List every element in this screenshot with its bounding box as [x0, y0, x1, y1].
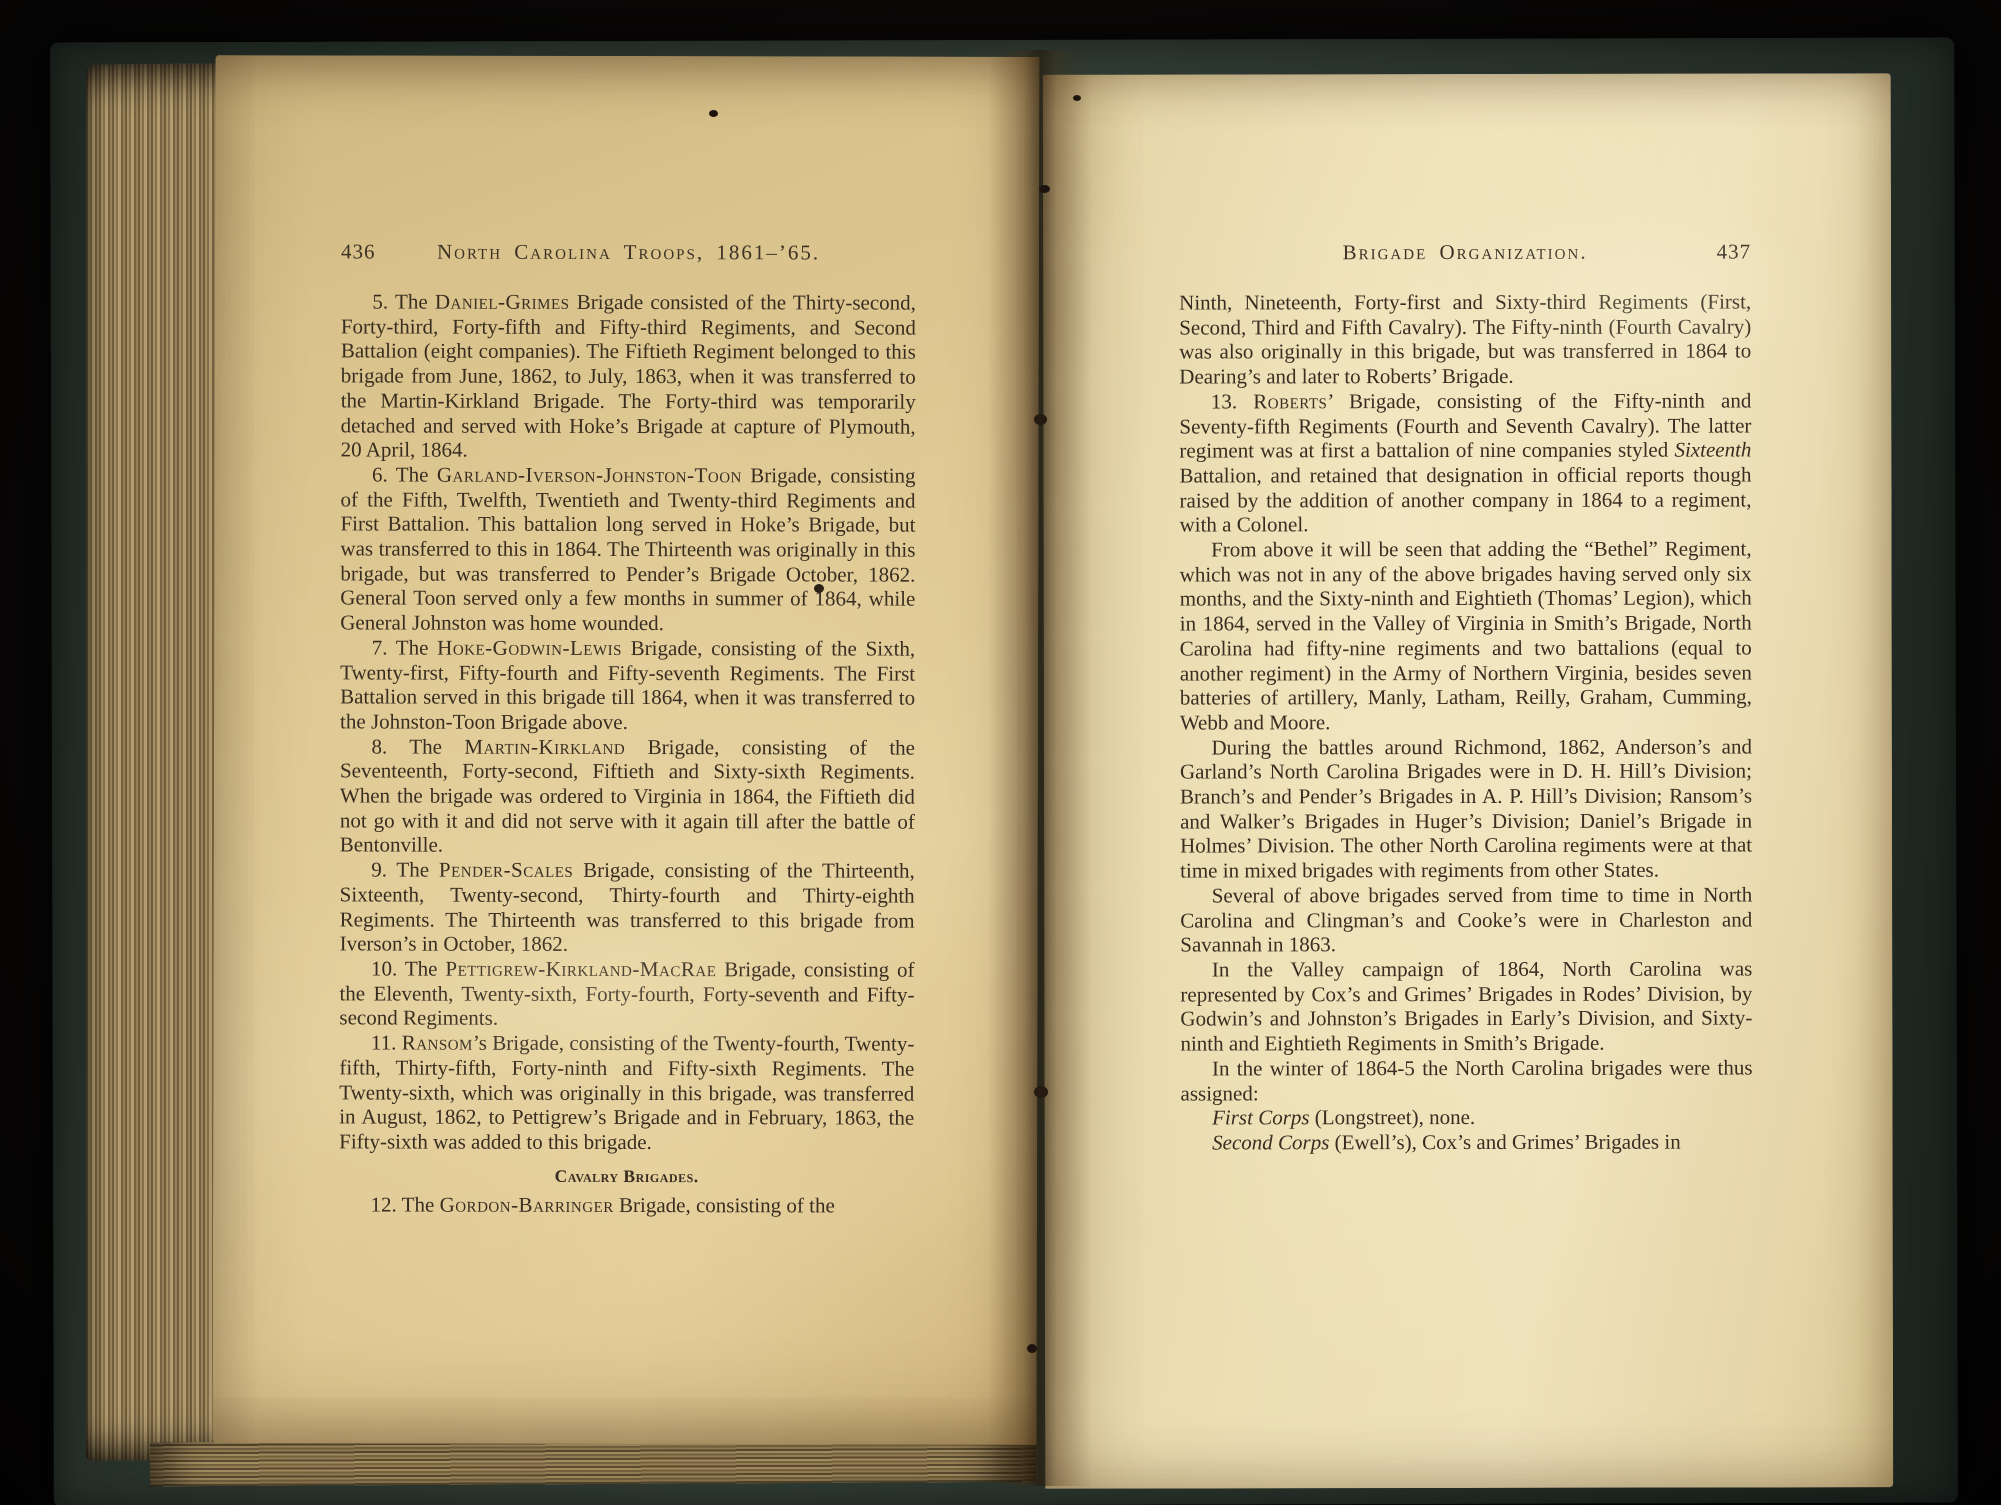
paragraph: 8. The Martin-Kirkland Brigade, consisti… — [340, 734, 915, 859]
binding-hole — [1034, 1086, 1048, 1098]
paragraph: 5. The Daniel-Grimes Brigade consisted o… — [341, 289, 916, 463]
dust-speck — [709, 110, 718, 117]
right-running-title: Brigade Organization. — [1179, 240, 1751, 266]
paragraph: In the winter of 1864-5 the North Caroli… — [1180, 1055, 1752, 1105]
section-heading: Cavalry Brigades. — [339, 1163, 914, 1189]
paragraph: First Corps (Longstreet), none. — [1181, 1105, 1753, 1131]
left-running-title: North Carolina Troops, 1861–’65. — [341, 239, 916, 265]
left-page: 436 North Carolina Troops, 1861–’65. 5. … — [213, 55, 1040, 1445]
paragraph: In the Valley campaign of 1864, North Ca… — [1180, 956, 1752, 1056]
dust-speck — [1073, 95, 1081, 101]
paragraph: Several of above brigades served from ti… — [1180, 882, 1752, 957]
right-page: Brigade Organization. 437 Ninth, Ninetee… — [1043, 73, 1893, 1488]
paragraph: 12. The Gordon-Barringer Brigade, consis… — [339, 1193, 914, 1219]
left-running-head: 436 North Carolina Troops, 1861–’65. — [341, 239, 916, 268]
paragraph: 9. The Pender-Scales Brigade, consisting… — [340, 858, 915, 958]
binding-hole — [1027, 1344, 1037, 1353]
dust-speck — [814, 584, 824, 593]
right-text-column: Brigade Organization. 437 Ninth, Ninetee… — [1179, 240, 1753, 1156]
binding-hole — [1034, 414, 1047, 425]
paragraph: 10. The Pettigrew-Kirkland-MacRae Brigad… — [339, 956, 914, 1031]
right-page-number: 437 — [1717, 240, 1752, 265]
left-page-number: 436 — [341, 239, 376, 264]
photo-background: 436 North Carolina Troops, 1861–’65. 5. … — [0, 0, 2001, 1505]
paragraph: 13. Roberts’ Brigade, consisting of the … — [1179, 388, 1751, 537]
right-body-text: Ninth, Nineteenth, Forty-first and Sixty… — [1179, 290, 1753, 1156]
page-edge-stack-left — [86, 63, 228, 1460]
paragraph: 7. The Hoke-Godwin-Lewis Brigade, consis… — [340, 635, 915, 735]
left-body-text: 5. The Daniel-Grimes Brigade consisted o… — [339, 289, 916, 1218]
paragraph: During the battles around Richmond, 1862… — [1180, 734, 1752, 883]
paragraph: Second Corps (Ewell’s), Cox’s and Grimes… — [1181, 1129, 1753, 1155]
paragraph: 11. Ransom’s Brigade, consisting of the … — [339, 1030, 914, 1155]
paragraph: 6. The Garland-Iverson-Johnston-Toon Bri… — [340, 462, 915, 636]
page-edge-stack-bottom — [150, 1438, 1036, 1487]
left-text-column: 436 North Carolina Troops, 1861–’65. 5. … — [339, 239, 916, 1218]
dust-speck — [1039, 185, 1050, 193]
paragraph: From above it will be seen that adding t… — [1180, 537, 1752, 736]
paragraph: Ninth, Nineteenth, Forty-first and Sixty… — [1179, 290, 1751, 390]
right-running-head: Brigade Organization. 437 — [1179, 240, 1751, 269]
